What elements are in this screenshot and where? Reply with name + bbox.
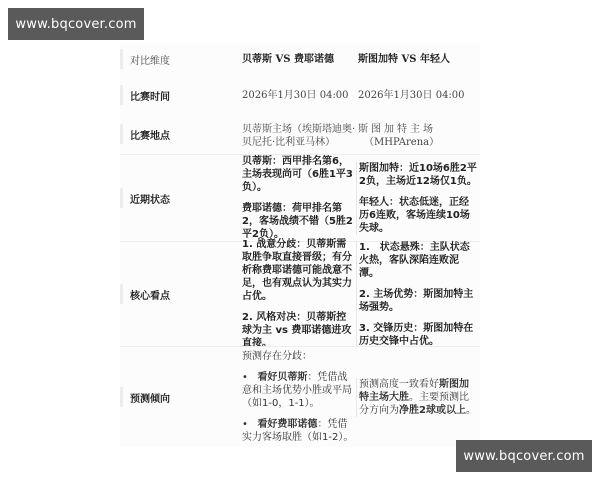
- header-match-b: 斯图加特 VS 年轻人: [356, 53, 478, 66]
- table-row-venue: 比赛地点 贝蒂斯主场（埃斯塔迪奥·贝尼托·比利亚马林） 斯图加特主场 （MHPA…: [120, 114, 480, 154]
- prediction-a-intro: 预测存在分歧：: [242, 350, 356, 363]
- table-row-time: 比赛时间 2026年1月30日 04:00 2026年1月30日 04:00: [120, 76, 480, 114]
- form-match-a: 贝蒂斯：西甲排名第6，主场表现尚可（6胜1平3负）。 费耶诺德：荷甲排名第2，客…: [238, 155, 356, 241]
- table-row-prediction: 预测倾向 预测存在分歧： • 看好贝蒂斯：凭借战意和主场优势小胜或平局（如1-0…: [120, 346, 480, 447]
- prediction-b-end: 。: [466, 405, 476, 416]
- row-label-form: 近期状态: [120, 188, 238, 208]
- keypoint-b-3: 3. 交锋历史：斯图加特在历史交锋中占优。: [359, 322, 478, 348]
- table-row-keypoints: 核心看点 1. 战意分歧：贝蒂斯需取胜争取直接晋级；有分析称费耶诺德可能战意不足…: [120, 241, 480, 346]
- venue-b-line1: 斯图加特主场: [358, 123, 478, 136]
- row-label-time: 比赛时间: [120, 85, 238, 105]
- prediction-match-b: 预测高度一致看好斯图加特主场大胜。主要预测比分方向为净胜2球或以上。: [356, 378, 478, 417]
- form-a-feyenoord: 费耶诺德：荷甲排名第2，客场战绩不错（5胜2平2负）。: [242, 202, 356, 241]
- row-label-prediction: 预测倾向: [120, 387, 238, 407]
- keypoint-a-1: 1. 战意分歧：贝蒂斯需取胜争取直接晋级；有分析称费耶诺德可能战意不足，也有观点…: [242, 238, 356, 303]
- form-b-stuttgart: 斯图加特：近10场6胜2平2负，主场近12场仅1负。: [359, 162, 478, 188]
- time-match-a: 2026年1月30日 04:00: [238, 89, 356, 102]
- keypoint-b-1: 1. 状态悬殊：主队状态火热，客队深陷连败泥潭。: [359, 241, 478, 280]
- venue-b-line2: （MHPArena）: [358, 136, 478, 149]
- table-row-form: 近期状态 贝蒂斯：西甲排名第6，主场表现尚可（6胜1平3负）。 费耶诺德：荷甲排…: [120, 154, 480, 241]
- venue-match-a: 贝蒂斯主场（埃斯塔迪奥·贝尼托·比利亚马林）: [238, 119, 356, 149]
- keypoint-b-2: 2. 主场优势：斯图加特主场强势。: [359, 288, 478, 314]
- prediction-b-bold-2: 净胜2球或以上: [399, 405, 466, 416]
- prediction-a-bullet-2-bold: 看好费耶诺德: [257, 419, 317, 430]
- row-label-keypoints: 核心看点: [120, 284, 238, 304]
- prediction-match-a: 预测存在分歧： • 看好贝蒂斯：凭借战意和主场优势小胜或平局（如1-0，1-1）…: [238, 350, 356, 444]
- comparison-table: 对比维度 贝蒂斯 VS 费耶诺德 斯图加特 VS 年轻人 比赛时间 2026年1…: [120, 42, 480, 447]
- venue-match-b: 斯图加特主场 （MHPArena）: [356, 119, 478, 149]
- row-label-venue: 比赛地点: [120, 124, 238, 144]
- prediction-a-bullet-1-bold: 看好贝蒂斯: [257, 372, 307, 383]
- keypoint-a-2: 2. 风格对决：贝蒂斯控球为主 vs 费耶诺德进攻直接。: [242, 311, 356, 350]
- form-match-b: 斯图加特：近10场6胜2平2负，主场近12场仅1负。 年轻人：状态低迷，正经历6…: [356, 162, 478, 235]
- header-match-a: 贝蒂斯 VS 费耶诺德: [238, 53, 356, 66]
- form-a-betis: 贝蒂斯：西甲排名第6，主场表现尚可（6胜1平3负）。: [242, 155, 356, 194]
- watermark-bottom: www.bqcover.com: [456, 440, 592, 472]
- time-match-b: 2026年1月30日 04:00: [356, 89, 478, 102]
- header-label: 对比维度: [120, 49, 238, 69]
- prediction-a-bullet-2: • 看好费耶诺德：凭借实力客场取胜（如1-2）。: [242, 418, 356, 444]
- prediction-b-pre: 预测高度一致看好: [359, 379, 439, 390]
- table-header-row: 对比维度 贝蒂斯 VS 费耶诺德 斯图加特 VS 年轻人: [120, 42, 480, 76]
- keypoints-match-b: 1. 状态悬殊：主队状态火热，客队深陷连败泥潭。 2. 主场优势：斯图加特主场强…: [356, 241, 478, 348]
- form-b-youngboys: 年轻人：状态低迷，正经历6连败，客场连续10场失球。: [359, 196, 478, 235]
- prediction-b-text: 预测高度一致看好斯图加特主场大胜。主要预测比分方向为净胜2球或以上。: [359, 378, 478, 417]
- prediction-a-bullet-1: • 看好贝蒂斯：凭借战意和主场优势小胜或平局（如1-0，1-1）。: [242, 371, 356, 410]
- watermark-top: www.bqcover.com: [8, 8, 144, 40]
- keypoints-match-a: 1. 战意分歧：贝蒂斯需取胜争取直接晋级；有分析称费耶诺德可能战意不足，也有观点…: [238, 238, 356, 350]
